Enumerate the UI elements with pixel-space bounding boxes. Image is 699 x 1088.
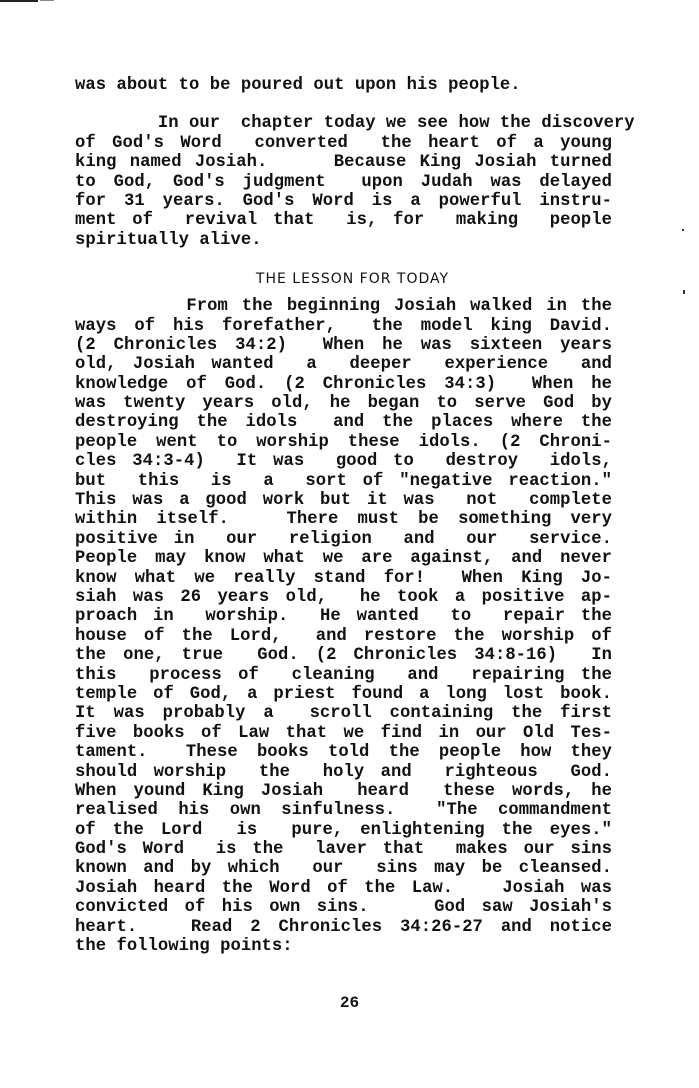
text-line: five books of Law that we find in our Ol… <box>75 724 612 743</box>
text-line: old, Josiah wanted a deeper experience a… <box>75 355 612 374</box>
scan-edge-mark <box>0 0 38 2</box>
text-line: the one, true God. (2 Chronicles 34:8-16… <box>75 646 612 665</box>
text-line: king named Josiah. Because King Josiah t… <box>75 153 612 172</box>
text-line: this process of cleaning and repairing t… <box>75 666 612 685</box>
text-line: the following points: <box>75 937 612 956</box>
text-line: destroying the idols and the places wher… <box>75 413 612 432</box>
text-line: realised his own sinfulness. "The comman… <box>75 801 612 820</box>
text-line: Josiah heard the Word of the Law. Josiah… <box>75 879 612 898</box>
page-body: was about to be poured out upon his peop… <box>75 76 612 956</box>
text-line: know what we really stand for! When King… <box>75 569 612 588</box>
text-line: house of the Lord, and restore the worsh… <box>75 627 612 646</box>
text-line: for 31 years. God's Word is a powerful i… <box>75 192 612 211</box>
section-heading: THE LESSON FOR TODAY <box>75 269 612 289</box>
text-line: but this is a sort of "negative reaction… <box>75 472 612 491</box>
text-line: When yound King Josiah heard these words… <box>75 782 612 801</box>
text-line: to God, God's judgment upon Judah was de… <box>75 173 612 192</box>
text-line: People may know what we are against, and… <box>75 549 612 568</box>
text-line: should worship the holy and righteous Go… <box>75 763 612 782</box>
scan-edge-mark <box>40 0 54 1</box>
text-line: of the Lord is pure, enlightening the ey… <box>75 821 612 840</box>
text-line: This was a good work but it was not comp… <box>75 491 612 510</box>
chapter-paragraph: In our chapter today we see how the disc… <box>75 114 612 250</box>
text-line: known and by which our sins may be clean… <box>75 859 612 878</box>
intro-paragraph: was about to be poured out upon his peop… <box>75 76 612 95</box>
text-line: within itself. There must be something v… <box>75 510 612 529</box>
scan-speck <box>683 290 685 294</box>
text-line: It was probably a scroll containing the … <box>75 704 612 723</box>
text-line: proach in worship. He wanted to repair t… <box>75 607 612 626</box>
text-line: God's Word is the laver that makes our s… <box>75 840 612 859</box>
text-line: ment of revival that is, for making peop… <box>75 211 612 230</box>
text-line: temple of God, a priest found a long los… <box>75 685 612 704</box>
text-line: siah was 26 years old, he took a positiv… <box>75 588 612 607</box>
lesson-paragraph: From the beginning Josiah walked in thew… <box>75 297 612 956</box>
text-line: ways of his forefather, the model king D… <box>75 317 612 336</box>
text-line: was twenty years old, he began to serve … <box>75 394 612 413</box>
text-line: heart. Read 2 Chronicles 34:26-27 and no… <box>75 918 612 937</box>
text-line: cles 34:3-4) It was good to destroy idol… <box>75 452 612 471</box>
text-line: positive in our religion and our service… <box>75 530 612 549</box>
text-line: convicted of his own sins. God saw Josia… <box>75 898 612 917</box>
text-line: In our chapter today we see how the disc… <box>75 114 612 133</box>
text-line: people went to worship these idols. (2 C… <box>75 433 612 452</box>
text-line: knowledge of God. (2 Chronicles 34:3) Wh… <box>75 375 612 394</box>
text-line: tament. These books told the people how … <box>75 743 612 762</box>
text-line: of God's Word converted the heart of a y… <box>75 134 612 153</box>
text-line: was about to be poured out upon his peop… <box>75 76 612 95</box>
scan-speck <box>682 229 684 231</box>
page-number: 26 <box>0 994 699 1012</box>
text-line: spiritually alive. <box>75 231 612 250</box>
text-line: (2 Chronicles 34:2) When he was sixteen … <box>75 336 612 355</box>
text-line: From the beginning Josiah walked in the <box>75 297 612 316</box>
